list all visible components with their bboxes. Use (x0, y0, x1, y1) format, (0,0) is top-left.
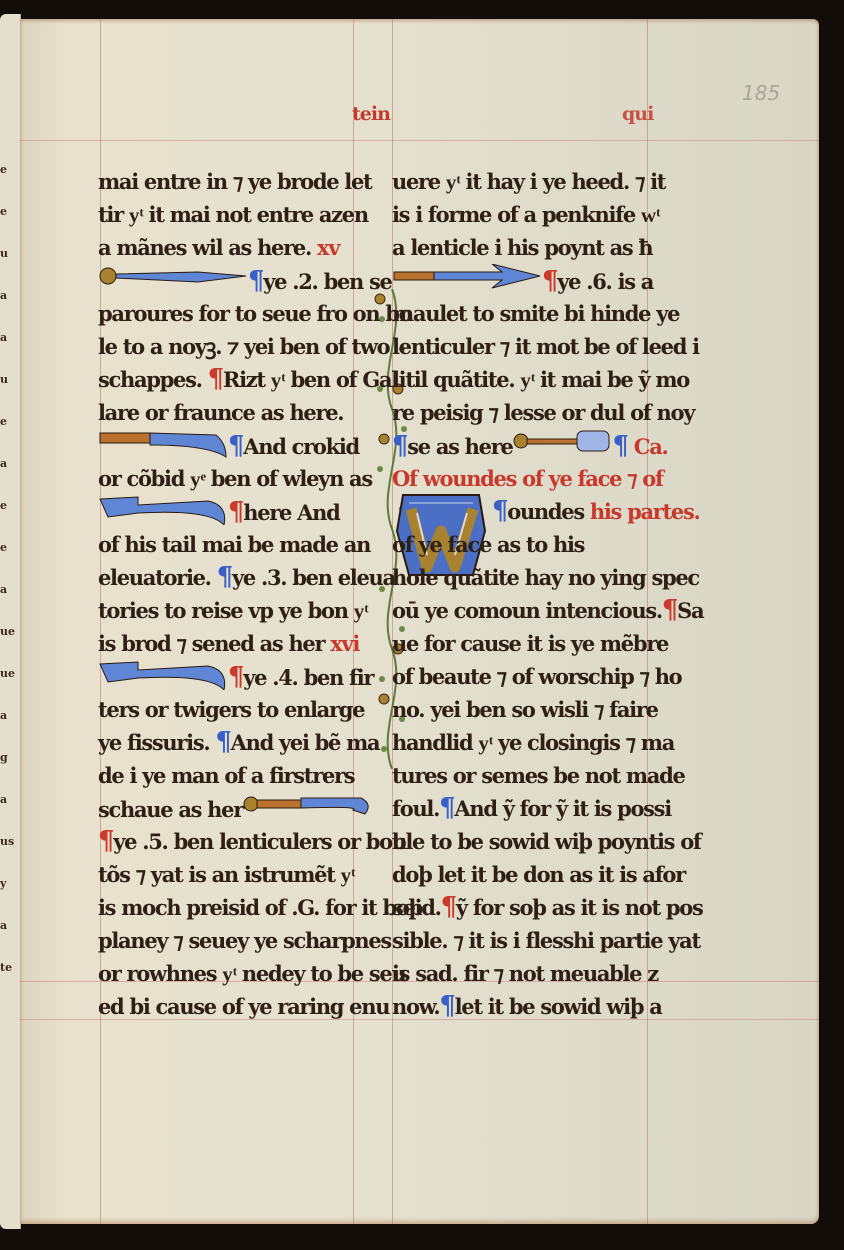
line-text: ed bi cause of ye raring enu (98, 994, 389, 1019)
line-text: of his tail mai be made an (98, 532, 370, 557)
facing-page-text-fragment: a (0, 290, 7, 301)
text-column-left: mai entre in ⁊ ye brode lettir yͭ it mai… (98, 165, 358, 1023)
text-line: is i forme of a penknife wͭ (392, 198, 652, 231)
line-text: uere yͭ it hay i ye heed. ⁊ it (392, 169, 665, 194)
facing-page-text-fragment: e (0, 164, 7, 175)
line-text: maulet to smite bi hinde ye (392, 301, 679, 326)
line-text: oū ye comoun intencious. (392, 598, 662, 623)
text-line: oū ye comoun intencious.¶Sa (392, 594, 652, 627)
facing-page-text-fragment: y (0, 878, 6, 889)
pilcrow-icon: ¶ (439, 793, 454, 823)
line-text: schaue as her (98, 797, 243, 822)
line-text: is i forme of a penknife wͭ (392, 202, 659, 227)
pilcrow-icon: ¶ (217, 562, 232, 592)
text-line: re peisig ⁊ lesse or dul of noy (392, 396, 652, 429)
text-line: handlid yͭ ye closingis ⁊ ma (392, 726, 652, 759)
arrow-icon (392, 264, 542, 303)
line-text: ye .5. ben lenticulers or bou (113, 829, 406, 854)
pilcrow-icon: ¶ (492, 496, 507, 526)
pilcrow-icon: ¶ (662, 595, 677, 625)
pilcrow-icon: ¶ (248, 266, 263, 296)
line-text: of beaute ⁊ of worschip ⁊ ho (392, 664, 681, 689)
text-line: mai entre in ⁊ ye brode let (98, 165, 358, 198)
line-text: ters or twigers to enlarge (98, 697, 364, 722)
text-line: ¶oundes his partes. (392, 495, 652, 528)
text-line: doþ let it be don as it is afor (392, 858, 652, 891)
line-text: now. (392, 994, 439, 1019)
line-text: ỹ for soþ as it is not pos (456, 895, 703, 920)
text-line: is moch preisid of .G. for it boþ (98, 891, 358, 924)
line-text: se as here (407, 434, 512, 459)
text-line: of beaute ⁊ of worschip ⁊ ho (392, 660, 652, 693)
pilcrow-icon: ¶ (542, 266, 557, 296)
text-line: ye fissuris. ¶And yei bẽ ma (98, 726, 358, 759)
facing-page-text-fragment: u (0, 374, 8, 385)
line-text: ue for cause it is ye mẽbre (392, 631, 668, 656)
text-line: sible. ⁊ it is i flesshi partie yat (392, 924, 652, 957)
pilcrow-icon: ¶ (613, 431, 628, 461)
text-line: a lenticle i his poynt as ħ (392, 231, 652, 264)
text-line: is sad. fir ⁊ not meuable z (392, 957, 652, 990)
line-text: le to a noyꝫ. ⁊ yei ben of two (98, 334, 389, 359)
line-text: is moch preisid of .G. for it boþ (98, 895, 422, 920)
text-line: schaue as her (98, 792, 358, 825)
facing-page-text-fragment: e (0, 500, 7, 511)
facing-page-text-fragment: a (0, 584, 7, 595)
text-line: of ye face as to his (392, 528, 652, 561)
facing-page-text-fragment: ue (0, 626, 15, 637)
line-text: tir yͭ it mai not entre azen (98, 202, 368, 227)
facing-page-text-fragment: e (0, 542, 7, 553)
facing-page-text-fragment: e (0, 206, 7, 217)
facing-page-text-fragment: a (0, 794, 7, 805)
line-text: no. yei ben so wisli ⁊ faire (392, 697, 658, 722)
line-text: tõs ⁊ yat is an istrumẽt yͭ (98, 862, 354, 887)
line-text: And yei bẽ ma (231, 730, 380, 755)
rubric-text: his partes. (584, 499, 700, 524)
facing-page-text-fragment: a (0, 458, 7, 469)
line-text: ye fissuris. (98, 730, 215, 755)
line-text: re peisig ⁊ lesse or dul of noy (392, 400, 694, 425)
text-line: ed bi cause of ye raring enu (98, 990, 358, 1023)
pilcrow-icon: ¶ (228, 431, 243, 461)
line-text: litil quãtite. yͭ it mai be ỹ mo (392, 367, 689, 392)
line-text: planey ⁊ seuey ye scharpnes (98, 928, 391, 953)
line-text: paroures for to seue fro on bo (98, 301, 411, 326)
line-text: a mãnes wil as here. (98, 235, 311, 260)
rubric-text: xv (311, 235, 339, 260)
text-line: ¶ye .4. ben fir (98, 660, 358, 693)
facing-page-text-fragment: g (0, 752, 8, 763)
line-text: a lenticle i his poynt as ħ (392, 235, 652, 260)
line-text: oundes (507, 499, 584, 524)
text-line: tõs ⁊ yat is an istrumẽt yͭ (98, 858, 358, 891)
curved-knife-icon (98, 429, 228, 468)
line-text: ye .3. ben eleua (232, 565, 395, 590)
line-text: foul. (392, 796, 439, 821)
mallet-icon (513, 429, 613, 468)
running-head-left: tein (352, 103, 390, 125)
line-text: sible. ⁊ it is i flesshi partie yat (392, 928, 700, 953)
rubric-heading: Of woundes of ye face ⁊ of (392, 466, 663, 491)
text-line: ¶ye .6. is a (392, 264, 652, 297)
text-line: ¶here And (98, 495, 358, 528)
line-text: schappes. (98, 367, 208, 392)
line-text: mai entre in ⁊ ye brode let (98, 169, 371, 194)
facing-page-text-fragment: e (0, 416, 7, 427)
line-text: And ỹ for ỹ it is possi (454, 796, 671, 821)
text-line: no. yei ben so wisli ⁊ faire (392, 693, 652, 726)
line-text: Rizt yͭ ben of Gal (223, 367, 398, 392)
text-line: tures or semes be not made (392, 759, 652, 792)
text-line: de i ye man of a firstrers (98, 759, 358, 792)
facing-page-text-fragment: a (0, 332, 7, 343)
running-head-right: qui (622, 103, 653, 125)
lever-icon (98, 660, 228, 699)
line-text: eleuatorie. (98, 565, 217, 590)
manuscript-page: 185 tein qui mai entre in ⁊ ye brode let… (20, 19, 819, 1224)
facing-page-text-fragment: a (0, 710, 7, 721)
pilcrow-icon: ¶ (228, 497, 243, 527)
line-text: de i ye man of a firstrers (98, 763, 354, 788)
facing-page-text-fragment: a (0, 920, 7, 931)
rubric-text: Ca. (628, 434, 668, 459)
line-text: let it be sowid wiþ a (455, 994, 662, 1019)
line-text: here And (243, 500, 339, 525)
text-line: ble to be sowid wiþ poyntis of (392, 825, 652, 858)
text-column-right: uere yͭ it hay i ye heed. ⁊ itis i forme… (392, 165, 652, 1023)
line-text: hole quãtite hay no ying spec (392, 565, 699, 590)
facing-page-edge: eeuaaueaeeaueueagausyate (0, 14, 21, 1229)
line-text: of ye face as to his (392, 532, 584, 557)
line-text: tories to reise vp ye bon yͭ (98, 598, 367, 623)
pilcrow-icon: ¶ (208, 364, 223, 394)
line-text: is brod ⁊ sened as her (98, 631, 324, 656)
ruling-line (20, 140, 819, 141)
line-text: ye .2. ben se (263, 269, 391, 294)
line-text: ye .6. is a (557, 269, 653, 294)
line-text: And crokid (243, 434, 359, 459)
facing-page-text-fragment: ue (0, 668, 15, 679)
pilcrow-icon: ¶ (228, 662, 243, 692)
text-line: ¶ye .2. ben se (98, 264, 358, 297)
text-line: is brod ⁊ sened as her xvi (98, 627, 358, 660)
text-line: uere yͭ it hay i ye heed. ⁊ it (392, 165, 652, 198)
line-text: lare or fraunce as here. (98, 400, 343, 425)
line-text: seid. (392, 895, 441, 920)
line-text: ble to be sowid wiþ poyntis of (392, 829, 701, 854)
folio-number: 185 (742, 81, 780, 105)
line-text: handlid yͭ ye closingis ⁊ ma (392, 730, 674, 755)
text-line: schappes. ¶Rizt yͭ ben of Gal (98, 363, 358, 396)
pilcrow-icon: ¶ (98, 826, 113, 856)
pilcrow-icon: ¶ (441, 892, 456, 922)
text-line: tir yͭ it mai not entre azen (98, 198, 358, 231)
pilcrow-icon: ¶ (439, 991, 454, 1021)
line-text: ye .4. ben fir (243, 665, 373, 690)
hooked-blade-icon (98, 495, 228, 534)
flower-headed-probe-icon (98, 264, 248, 303)
text-line: ue for cause it is ye mẽbre (392, 627, 652, 660)
text-line: foul.¶And ỹ for ỹ it is possi (392, 792, 652, 825)
text-line: or rowhnes yͭ nedey to be seu (98, 957, 358, 990)
text-line: ¶se as here¶ Ca. (392, 429, 652, 462)
hook-icon (243, 792, 373, 831)
text-line: le to a noyꝫ. ⁊ yei ben of two (98, 330, 358, 363)
line-text: doþ let it be don as it is afor (392, 862, 685, 887)
text-line: eleuatorie. ¶ye .3. ben eleua (98, 561, 358, 594)
text-line: ¶And crokid (98, 429, 358, 462)
facing-page-text-fragment: us (0, 836, 14, 847)
line-text: lenticuler ⁊ it mot be of leed i (392, 334, 699, 359)
text-line: lenticuler ⁊ it mot be of leed i (392, 330, 652, 363)
line-text: Sa (677, 598, 703, 623)
text-line: hole quãtite hay no ying spec (392, 561, 652, 594)
text-line: seid.¶ỹ for soþ as it is not pos (392, 891, 652, 924)
facing-page-text-fragment: u (0, 248, 8, 259)
line-text: tures or semes be not made (392, 763, 685, 788)
text-line: a mãnes wil as here. xv (98, 231, 358, 264)
text-line: lare or fraunce as here. (98, 396, 358, 429)
text-line: litil quãtite. yͭ it mai be ỹ mo (392, 363, 652, 396)
pilcrow-icon: ¶ (392, 431, 407, 461)
line-text: or rowhnes yͭ nedey to be seu (98, 961, 405, 986)
rubric-text: xvi (324, 631, 359, 656)
facing-page-text-fragment: te (0, 962, 12, 973)
text-line: tories to reise vp ye bon yͭ (98, 594, 358, 627)
text-line: now.¶let it be sowid wiþ a (392, 990, 652, 1023)
line-text: is sad. fir ⁊ not meuable z (392, 961, 658, 986)
line-text: or cõbid yͤ ben of wleyn as (98, 466, 372, 491)
pilcrow-icon: ¶ (215, 727, 230, 757)
text-line: planey ⁊ seuey ye scharpnes (98, 924, 358, 957)
